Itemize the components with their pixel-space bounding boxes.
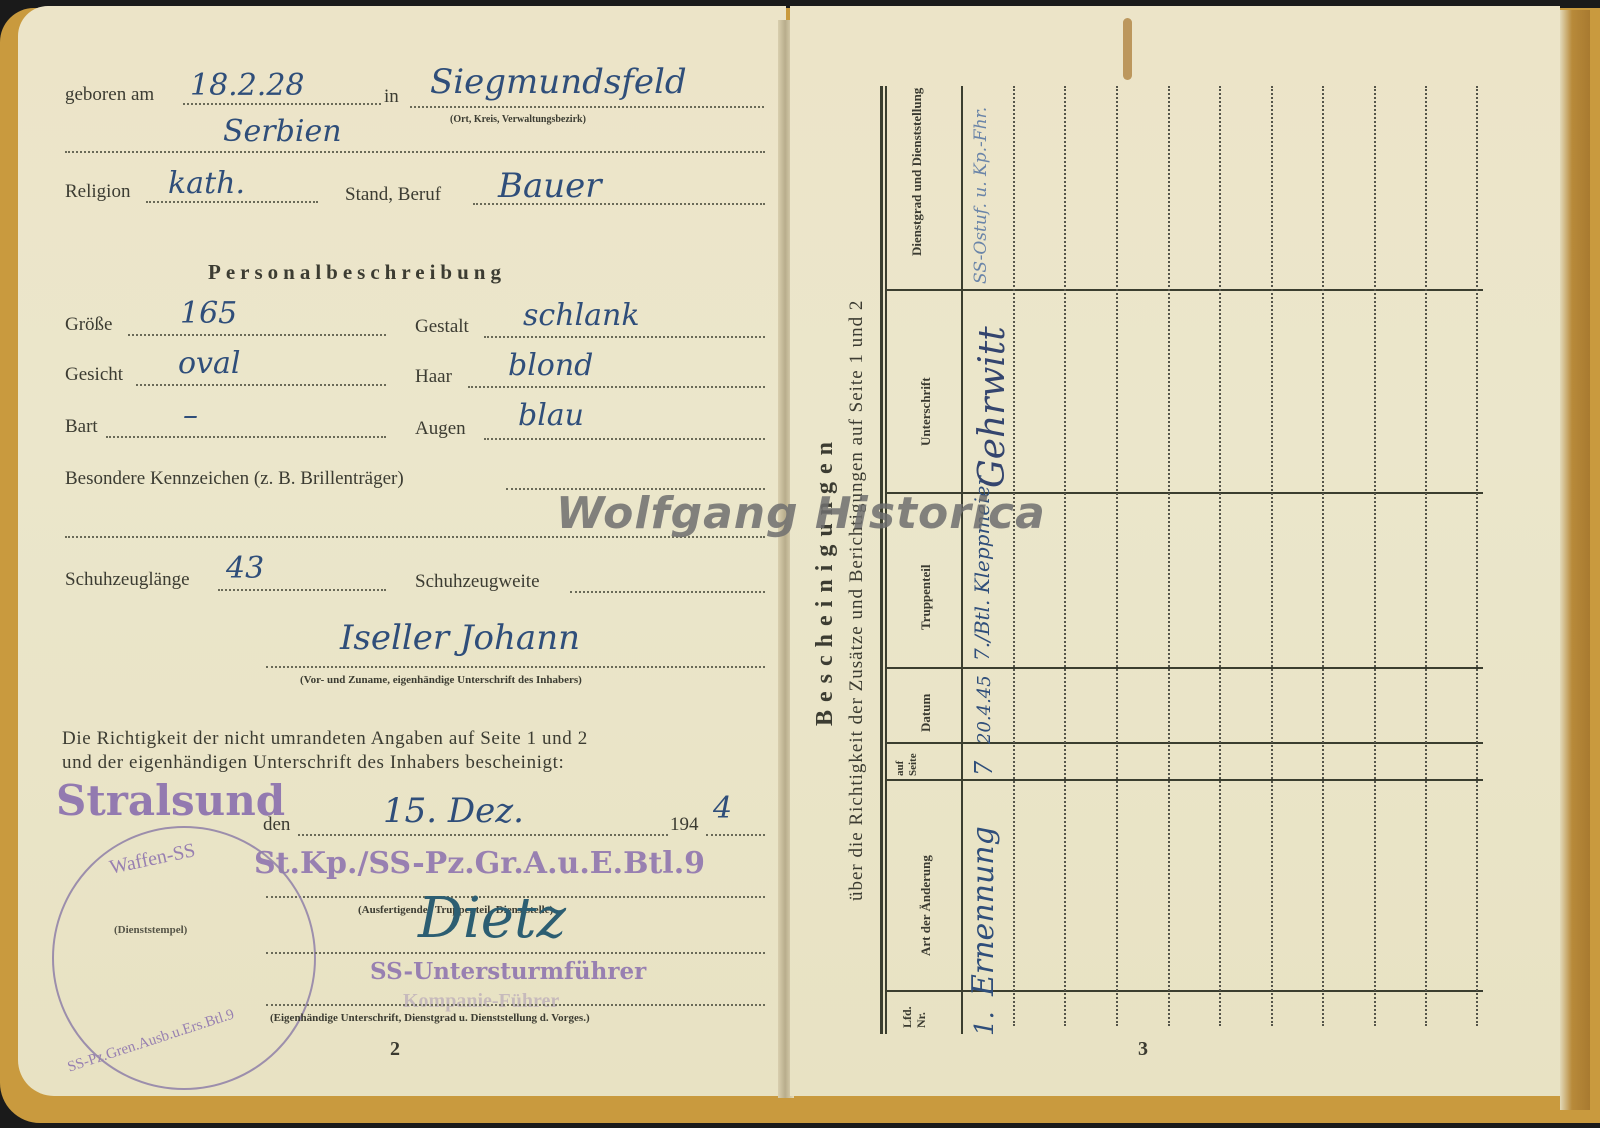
col-header-unterschrift: Unterschrift bbox=[918, 377, 934, 446]
col-header-seite: auf Seite bbox=[894, 744, 920, 776]
hair-value: blond bbox=[508, 348, 593, 383]
birth-place-value: Siegmundsfeld bbox=[430, 62, 687, 102]
row-line-3 bbox=[963, 667, 1483, 669]
col-header-art: Art der Änderung bbox=[918, 855, 934, 956]
holder-signature-hint: (Vor- und Zuname, eigenhändige Unterschr… bbox=[300, 674, 582, 686]
official-stamp-ring-bottom: SS-Pz.Gren.Ausb.u.Ers.Btl.9 bbox=[66, 1007, 237, 1077]
row-art: Ernennung bbox=[966, 826, 1001, 996]
year-suffix: 4 bbox=[713, 791, 732, 826]
unit-stamp: St.Kp./SS-Pz.Gr.A.u.E.Btl.9 bbox=[254, 846, 705, 881]
officer-signature: Dietz bbox=[418, 886, 566, 951]
build-line bbox=[484, 336, 765, 338]
date-value: 15. Dez. bbox=[383, 791, 524, 831]
special-marks-label: Besondere Kennzeichen (z. B. Brillenträg… bbox=[65, 468, 404, 490]
birth-region-value: Serbien bbox=[223, 114, 342, 149]
holder-signature: Iseller Johann bbox=[340, 618, 580, 658]
birth-date-value: 18.2.28 bbox=[190, 68, 305, 103]
header-sep-3 bbox=[886, 667, 961, 669]
col-header-dienstgrad: Dienstgrad und Dienststellung bbox=[908, 88, 926, 256]
header-sep-5 bbox=[886, 779, 961, 781]
entry-column-1 bbox=[1013, 86, 1015, 1026]
date-line bbox=[298, 834, 668, 836]
col-header-truppenteil: Truppenteil bbox=[918, 565, 934, 631]
entry-column-8 bbox=[1374, 86, 1376, 1026]
officer-hint: (Eigenhändige Unterschrift, Dienstgrad u… bbox=[270, 1012, 590, 1024]
height-label: Größe bbox=[65, 314, 112, 336]
occupation-label: Stand, Beruf bbox=[345, 184, 441, 206]
page-number-left: 2 bbox=[390, 1038, 400, 1061]
row-unterschrift: Gehrwitt bbox=[972, 326, 1013, 488]
shoe-width-label: Schuhzeugweite bbox=[415, 571, 540, 593]
beard-label: Bart bbox=[65, 416, 98, 438]
certification-line-1: Die Richtigkeit der nicht umrandeten Ang… bbox=[62, 728, 588, 750]
eyes-value: blau bbox=[518, 398, 584, 433]
shoe-length-value: 43 bbox=[226, 551, 264, 586]
shoe-width-line bbox=[570, 591, 765, 593]
row-line-5 bbox=[963, 779, 1483, 781]
left-page: geboren am 18.2.28 in Siegmundsfeld (Ort… bbox=[18, 6, 786, 1096]
table-border-left-inner bbox=[885, 86, 887, 1034]
watermark: Wolfgang Historica bbox=[556, 488, 1046, 539]
birth-region-line bbox=[65, 151, 765, 153]
page-edges bbox=[1560, 10, 1590, 1110]
header-sep-1 bbox=[886, 289, 961, 291]
certificates-title: Bescheinigungen bbox=[812, 434, 839, 726]
year-prefix: 194 bbox=[670, 814, 699, 836]
beard-line bbox=[106, 436, 386, 438]
row-line-4 bbox=[963, 742, 1483, 744]
height-line bbox=[128, 334, 386, 336]
face-value: oval bbox=[178, 346, 241, 381]
birth-date-line bbox=[183, 103, 381, 105]
entry-column-6 bbox=[1271, 86, 1273, 1026]
shoe-length-label: Schuhzeuglänge bbox=[65, 569, 190, 591]
entry-column-4 bbox=[1168, 86, 1170, 1026]
header-sep-6 bbox=[886, 990, 961, 992]
row-datum: 20.4.45 bbox=[974, 675, 995, 744]
official-stamp-ring-top: Waffen-SS bbox=[108, 839, 198, 880]
eyes-line bbox=[484, 438, 765, 440]
table-border-left bbox=[880, 86, 883, 1034]
officer-line bbox=[266, 1004, 765, 1006]
right-page: Bescheinigungen über die Richtigkeit der… bbox=[790, 6, 1560, 1096]
row-seite: 7 bbox=[970, 761, 998, 776]
entry-column-7 bbox=[1322, 86, 1324, 1026]
occupation-value: Bauer bbox=[498, 166, 602, 206]
row-lfd-nr: 1. bbox=[970, 1011, 1000, 1036]
col-header-datum: Datum bbox=[918, 694, 934, 732]
entry-column-10 bbox=[1476, 86, 1478, 1026]
entry-column-3 bbox=[1116, 86, 1118, 1026]
height-value: 165 bbox=[180, 296, 237, 331]
row-line-1 bbox=[963, 289, 1483, 291]
table-header-divider bbox=[961, 86, 963, 1034]
build-value: schlank bbox=[523, 298, 640, 333]
shoe-length-line bbox=[218, 589, 386, 591]
paper-stain bbox=[1123, 18, 1132, 80]
row-line-6 bbox=[963, 990, 1483, 992]
certificates-subtitle: über die Richtigkeit der Zusätze und Ber… bbox=[846, 300, 868, 901]
official-stamp: Waffen-SS (Dienststempel) SS-Pz.Gren.Aus… bbox=[52, 826, 316, 1090]
row-dienstgrad: SS-Ostuf. u. Kp.-Fhr. bbox=[970, 84, 992, 284]
hair-line bbox=[468, 386, 765, 388]
section-title: Personalbeschreibung bbox=[208, 260, 506, 285]
place-stamp: Stralsund bbox=[56, 776, 285, 825]
entry-column-2 bbox=[1064, 86, 1066, 1026]
religion-line bbox=[146, 201, 318, 203]
religion-value: kath. bbox=[168, 166, 245, 201]
entry-column-5 bbox=[1219, 86, 1221, 1026]
certification-line-2: und der eigenhändigen Unterschrift des I… bbox=[62, 752, 564, 774]
religion-label: Religion bbox=[65, 181, 130, 203]
birth-place-in-label: in bbox=[384, 86, 399, 108]
build-label: Gestalt bbox=[415, 316, 469, 338]
birth-place-line bbox=[410, 106, 764, 108]
hair-label: Haar bbox=[415, 366, 452, 388]
face-line bbox=[136, 384, 386, 386]
official-stamp-label: (Dienststempel) bbox=[114, 924, 187, 936]
officer-rank-stamp: SS-Untersturmführer bbox=[370, 958, 646, 985]
holder-signature-line bbox=[266, 666, 765, 668]
birth-place-hint: (Ort, Kreis, Verwaltungsbezirk) bbox=[450, 114, 586, 125]
date-label: den bbox=[263, 814, 290, 836]
entry-column-9 bbox=[1425, 86, 1427, 1026]
face-label: Gesicht bbox=[65, 364, 123, 386]
birth-date-label: geboren am bbox=[65, 84, 154, 106]
eyes-label: Augen bbox=[415, 418, 466, 440]
col-header-lfd-nr: Lfd. Nr. bbox=[900, 994, 928, 1028]
beard-value: – bbox=[183, 398, 198, 433]
officer-position-stamp: Kompanie-Führer bbox=[403, 990, 559, 1013]
year-line bbox=[706, 834, 765, 836]
officer-signature-line bbox=[266, 952, 765, 954]
page-number-right: 3 bbox=[1138, 1038, 1148, 1061]
